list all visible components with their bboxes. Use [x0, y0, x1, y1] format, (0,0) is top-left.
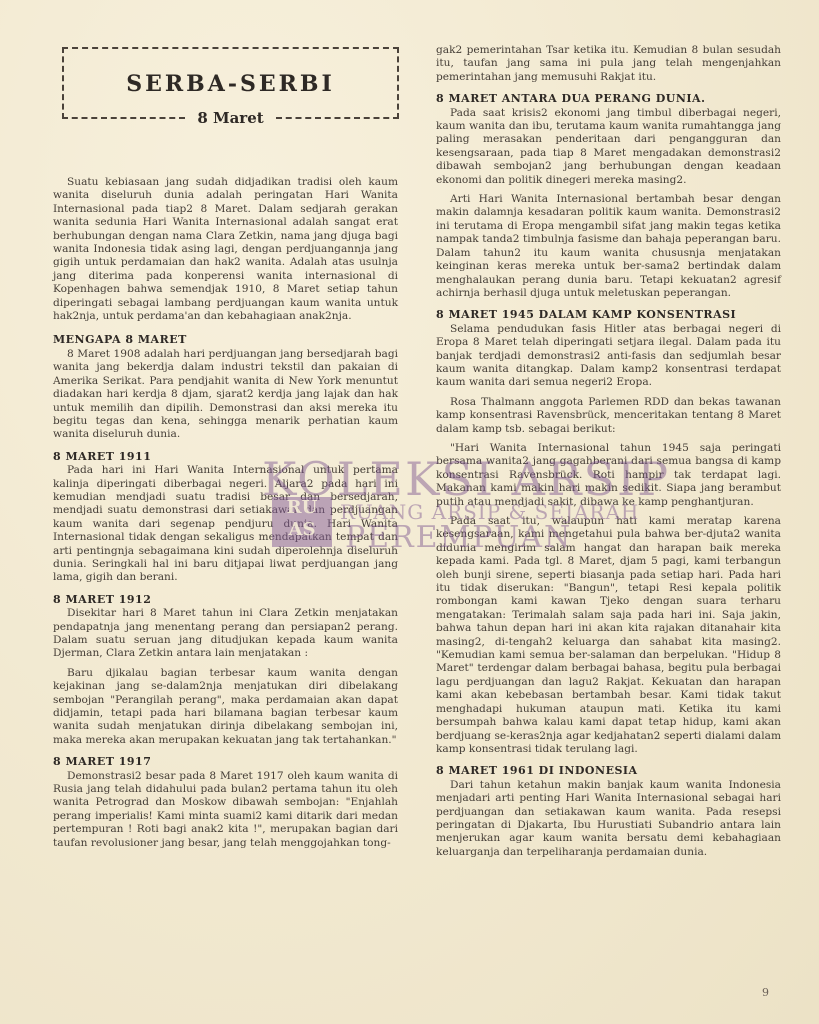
dashed-rule-left [62, 117, 185, 119]
section-heading: 8 MARET ANTARA DUA PERANG DUNIA. [436, 92, 781, 105]
right-column: gak2 pemerintahan Tsar ketika itu. Kemud… [436, 44, 781, 867]
paragraph: Disekitar hari 8 Maret tahun ini Clara Z… [53, 607, 398, 661]
continuation-paragraph: gak2 pemerintahan Tsar ketika itu. Kemud… [436, 44, 781, 84]
page-subtitle: 8 Maret [185, 109, 275, 127]
section-heading: 8 MARET 1911 [53, 450, 398, 463]
watermark-logo-icon: RU AS [272, 497, 332, 547]
section-1917: 8 MARET 1917 Demonstrasi2 besar pada 8 M… [53, 755, 398, 850]
paragraph: Selama pendudukan fasis Hitler atas berb… [436, 323, 781, 390]
page-title: SERBA-SERBI [64, 71, 397, 97]
section-antara-dua-perang: 8 MARET ANTARA DUA PERANG DUNIA. Pada sa… [436, 92, 781, 300]
paragraph: Demonstrasi2 besar pada 8 Maret 1917 ole… [53, 770, 398, 850]
section-heading: 8 MARET 1961 DI INDONESIA [436, 764, 781, 777]
paragraph: Rosa Thalmann anggota Parlemen RDD dan b… [436, 396, 781, 436]
intro-paragraph: Suatu kebiasaan jang sudah didjadikan tr… [53, 176, 398, 323]
quote-paragraph: "Hari Wanita Internasional tahun 1945 sa… [436, 442, 781, 509]
section-1945-kamp: 8 MARET 1945 DALAM KAMP KONSENTRASI Sela… [436, 308, 781, 756]
page-number: 9 [762, 986, 769, 999]
section-heading: 8 MARET 1945 DALAM KAMP KONSENTRASI [436, 308, 781, 321]
quote-paragraph: Baru djikalau bagian terbesar kaum wanit… [53, 667, 398, 747]
section-1912: 8 MARET 1912 Disekitar hari 8 Maret tahu… [53, 593, 398, 747]
paragraph: Pada saat krisis2 ekonomi jang timbul di… [436, 107, 781, 187]
paragraph: Arti Hari Wanita Internasional bertambah… [436, 193, 781, 300]
section-heading: 8 MARET 1917 [53, 755, 398, 768]
magazine-page: SERBA-SERBI 8 Maret Suatu kebiasaan jang… [0, 0, 819, 1024]
quote-paragraph: Pada saat itu, walaupun hati kami merata… [436, 515, 781, 756]
section-heading: 8 MARET 1912 [53, 593, 398, 606]
section-mengapa-8-maret: MENGAPA 8 MARET 8 Maret 1908 adalah hari… [53, 333, 398, 441]
subtitle-row: 8 Maret [62, 108, 399, 128]
dashed-rule-right [276, 117, 399, 119]
left-column: Suatu kebiasaan jang sudah didjadikan tr… [53, 176, 398, 858]
paragraph: 8 Maret 1908 adalah hari perdjuangan jan… [53, 348, 398, 442]
section-1911: 8 MARET 1911 Pada hari ini Hari Wanita I… [53, 450, 398, 585]
section-1961-indonesia: 8 MARET 1961 DI INDONESIA Dari tahun ket… [436, 764, 781, 859]
paragraph: Dari tahun ketahun makin banjak kaum wan… [436, 779, 781, 859]
section-heading: MENGAPA 8 MARET [53, 333, 398, 346]
paragraph: Pada hari ini Hari Wanita Internasional … [53, 464, 398, 585]
